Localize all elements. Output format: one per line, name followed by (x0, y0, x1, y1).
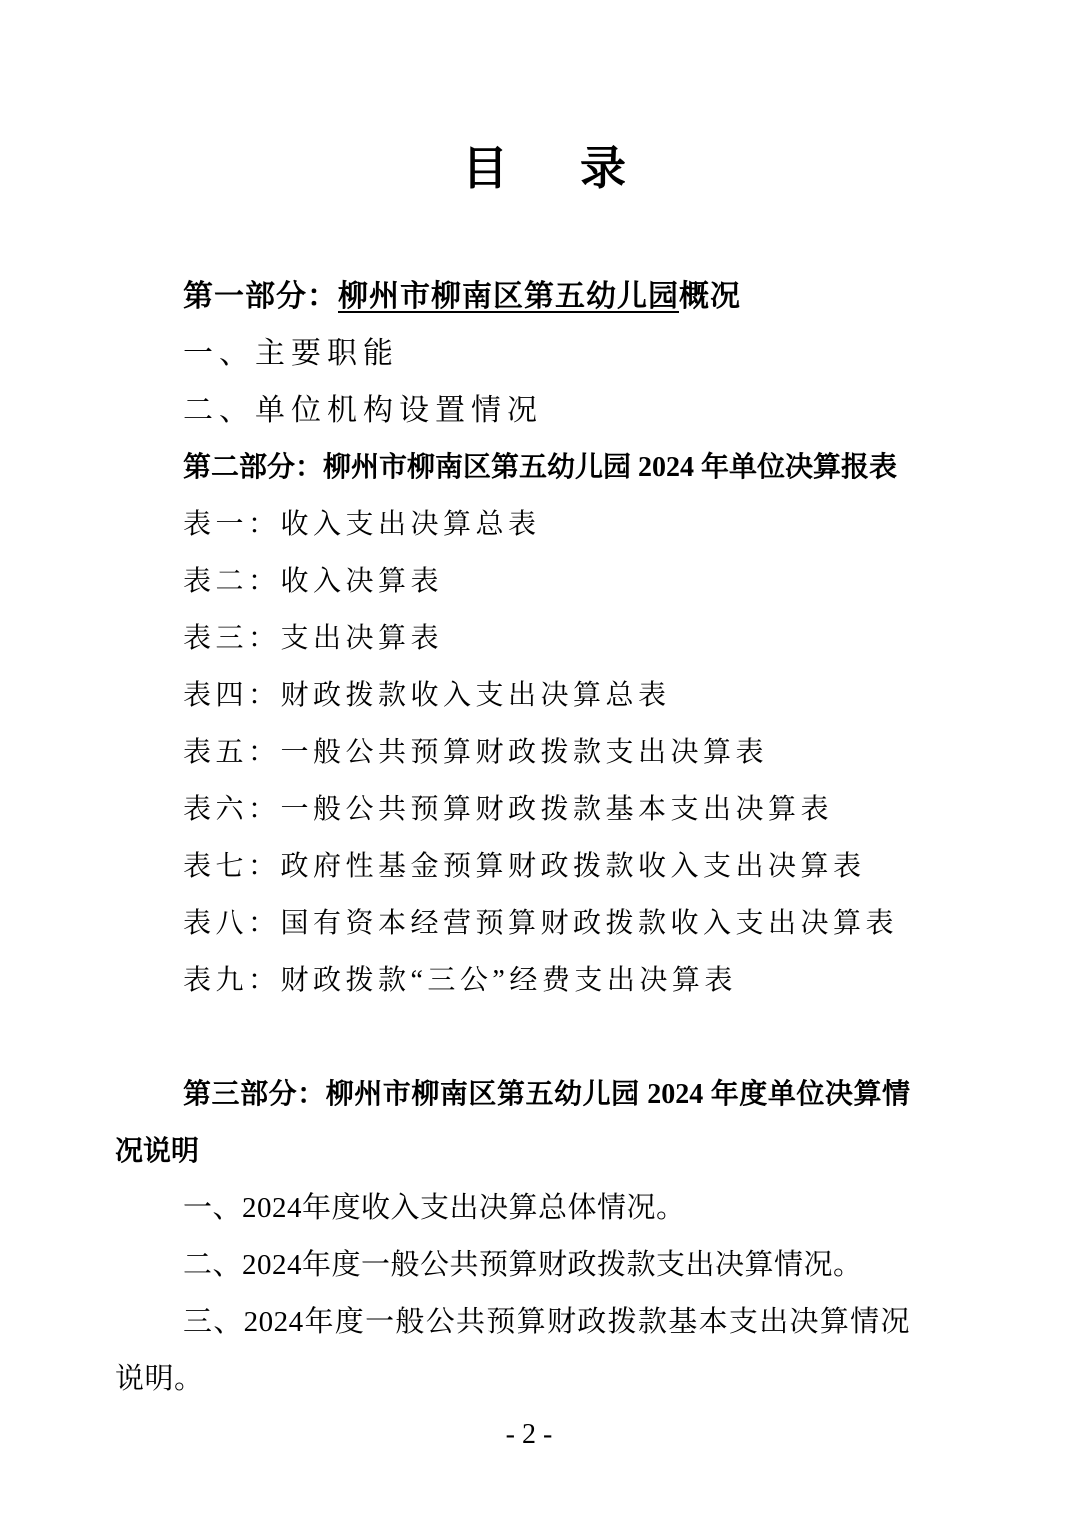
title-char-right: 录 (580, 146, 626, 192)
title-char-left: 目 (462, 146, 508, 192)
toc-part3-heading: 第三部分：柳州市柳南区第五幼儿园 2024 年度单位决算情况说明 (115, 1066, 910, 1180)
toc-part1-item: 二、单位机构设置情况 (115, 382, 910, 439)
toc-part1-heading-underlined: 柳州市柳南区第五幼儿园 (338, 280, 679, 313)
toc-table-item: 表七：政府性基金预算财政拨款收入支出决算表 (115, 838, 910, 895)
toc-table-item: 表八：国有资本经营预算财政拨款收入支出决算表 (115, 895, 910, 952)
toc-table-item: 表六：一般公共预算财政拨款基本支出决算表 (115, 781, 910, 838)
toc-table-item: 表五：一般公共预算财政拨款支出决算表 (115, 724, 910, 781)
page-number: - 2 - (0, 1420, 1074, 1450)
toc-content: 第一部分：柳州市柳南区第五幼儿园概况 一、主要职能 二、单位机构设置情况 第二部… (115, 268, 910, 1408)
toc-note-item: 三、2024年度一般公共预算财政拨款基本支出决算情况说明。 (115, 1294, 910, 1408)
toc-part2-heading: 第二部分：柳州市柳南区第五幼儿园 2024 年单位决算报表 (115, 439, 910, 496)
toc-note-item: 一、2024年度收入支出决算总体情况。 (115, 1180, 910, 1237)
toc-table-item: 表二：收入决算表 (115, 553, 910, 610)
toc-table-item: 表一：收入支出决算总表 (115, 496, 910, 553)
toc-table-item: 表九：财政拨款“三公”经费支出决算表 (115, 952, 910, 1009)
toc-table-item: 表三：支出决算表 (115, 610, 910, 667)
blank-line (115, 1009, 910, 1066)
toc-table-item: 表四：财政拨款收入支出决算总表 (115, 667, 910, 724)
document-page: 目 录 第一部分：柳州市柳南区第五幼儿园概况 一、主要职能 二、单位机构设置情况… (0, 0, 1074, 1520)
toc-part1-heading-prefix: 第一部分： (183, 280, 338, 313)
toc-part1-heading-suffix: 概况 (679, 280, 741, 313)
page-title: 目 录 (14, 146, 1074, 192)
toc-part1-heading: 第一部分：柳州市柳南区第五幼儿园概况 (115, 268, 910, 325)
toc-note-item: 二、2024年度一般公共预算财政拨款支出决算情况。 (115, 1237, 910, 1294)
toc-part1-item: 一、主要职能 (115, 325, 910, 382)
